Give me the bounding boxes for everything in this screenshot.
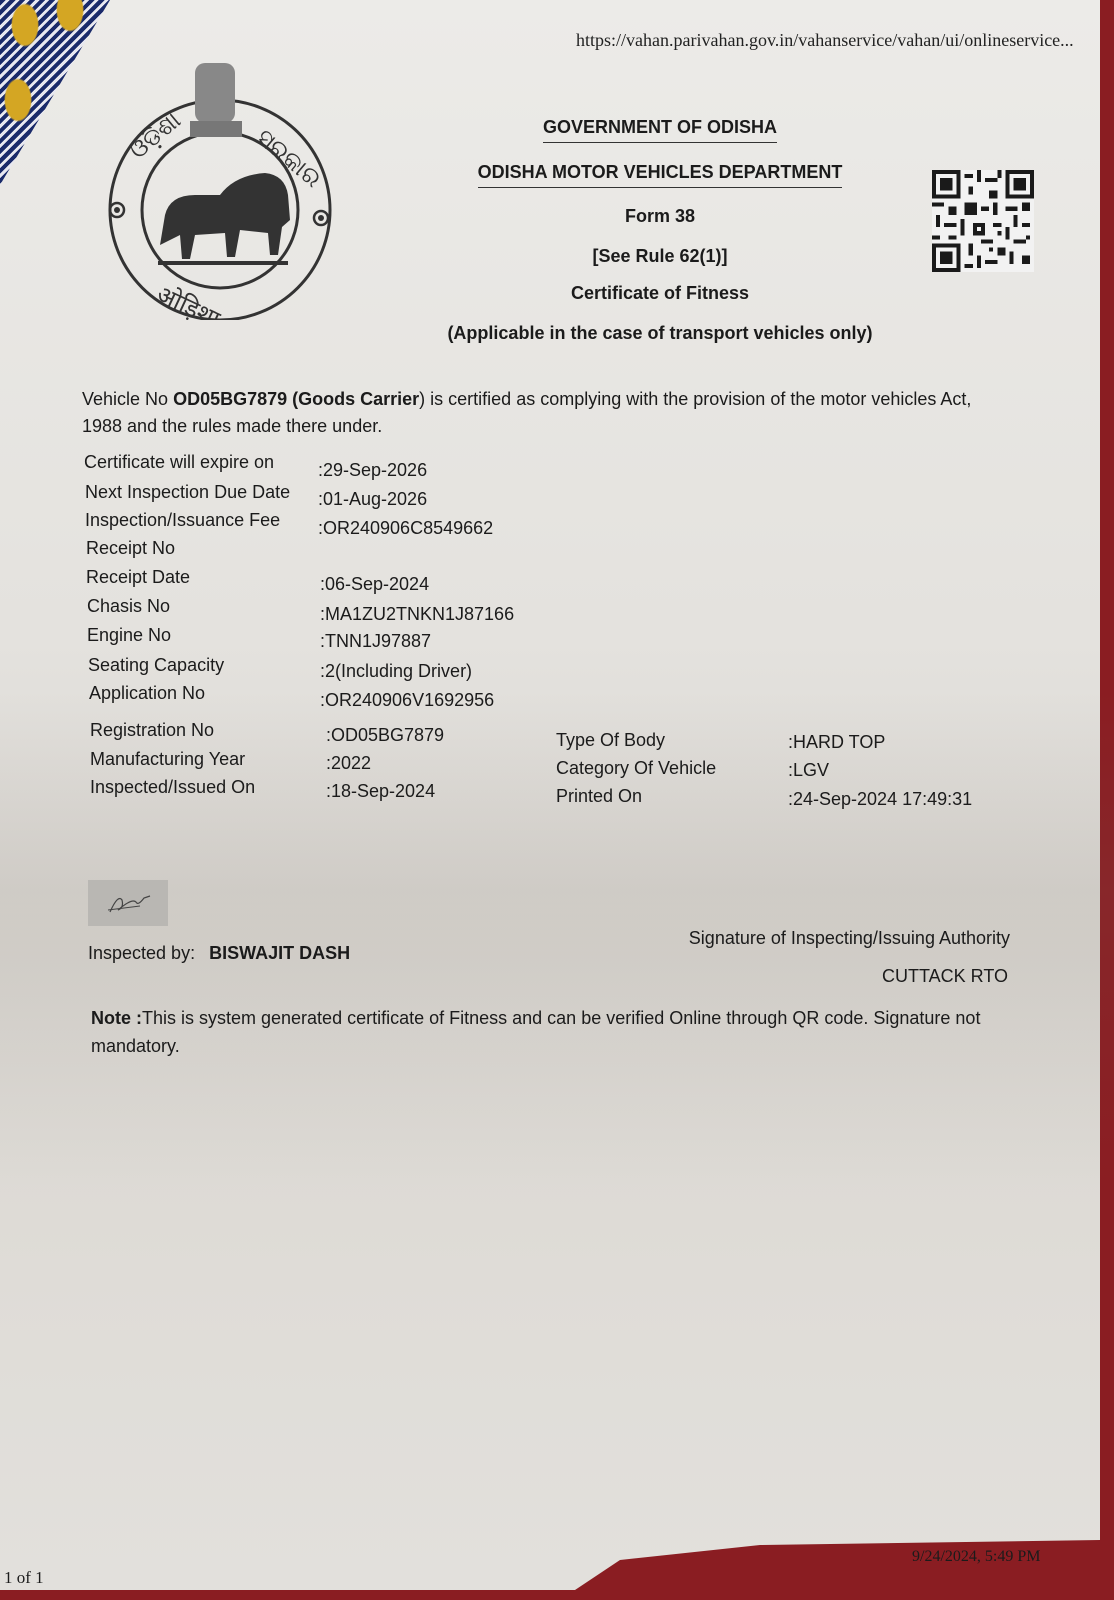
inspector-signature-image <box>88 880 168 926</box>
detail-value: :01-Aug-2026 <box>318 489 427 510</box>
detail-label: Type Of Body <box>556 730 665 751</box>
inspector-name: BISWAJIT DASH <box>209 943 350 963</box>
svg-text:ଓଡ଼ିଶା: ଓଡ଼ିଶା <box>124 106 186 165</box>
print-timestamp: 9/24/2024, 5:49 PM <box>912 1548 1040 1566</box>
form-number: Form 38 <box>410 206 910 227</box>
vehicle-type: (Goods Carrier <box>287 389 419 409</box>
detail-label: Next Inspection Due Date <box>85 482 290 503</box>
detail-label: Category Of Vehicle <box>556 758 716 779</box>
detail-label: Engine No <box>87 625 171 646</box>
detail-value: :HARD TOP <box>788 732 885 753</box>
detail-label: Receipt Date <box>86 567 190 588</box>
detail-value: :18-Sep-2024 <box>326 781 435 802</box>
detail-value: :TNN1J97887 <box>320 631 431 652</box>
issuing-office: CUTTACK RTO <box>882 966 1008 987</box>
detail-value: :LGV <box>788 760 829 781</box>
detail-label: Registration No <box>90 720 214 741</box>
detail-value: :OR240906C8549662 <box>318 518 493 539</box>
authority-signature-label: Signature of Inspecting/Issuing Authorit… <box>689 928 1010 949</box>
vehicle-number: OD05BG7879 <box>173 389 287 409</box>
certificate-title: Certificate of Fitness <box>410 283 910 304</box>
detail-label: Manufacturing Year <box>90 749 245 770</box>
department-heading: ODISHA MOTOR VEHICLES DEPARTMENT <box>410 162 910 188</box>
detail-value: :OD05BG7879 <box>326 725 444 746</box>
detail-label: Printed On <box>556 786 642 807</box>
certification-statement: Vehicle No OD05BG7879 (Goods Carrier) is… <box>82 386 1012 440</box>
detail-label: Seating Capacity <box>88 655 224 676</box>
page-url: https://vahan.parivahan.gov.in/vahanserv… <box>576 30 1074 51</box>
inspected-by: Inspected by:BISWAJIT DASH <box>88 943 350 964</box>
applicability-note: (Applicable in the case of transport veh… <box>400 323 920 344</box>
signature-scribble-icon <box>88 880 168 926</box>
page-number: 1 of 1 <box>4 1568 44 1588</box>
detail-value: :29-Sep-2026 <box>318 460 427 481</box>
system-note: Note :This is system generated certifica… <box>91 1004 1011 1060</box>
detail-value: :MA1ZU2TNKN1J87166 <box>320 604 514 625</box>
detail-value: :06-Sep-2024 <box>320 574 429 595</box>
detail-label: Certificate will expire on <box>84 452 274 473</box>
qr-code-icon[interactable] <box>932 170 1034 272</box>
rule-reference: [See Rule 62(1)] <box>410 246 910 267</box>
detail-value: :2(Including Driver) <box>320 661 472 682</box>
detail-label: Inspected/Issued On <box>90 777 255 798</box>
detail-value: :24-Sep-2024 17:49:31 <box>788 789 972 810</box>
odisha-state-emblem-icon: ଓଡ଼ିଶା ସରକାର ओड़िशा शासन <box>100 55 345 320</box>
government-heading: GOVERNMENT OF ODISHA <box>410 117 910 143</box>
detail-label: Inspection/Issuance Fee <box>85 510 280 531</box>
detail-label: Receipt No <box>86 538 175 559</box>
detail-value: :2022 <box>326 753 371 774</box>
detail-label: Application No <box>89 683 205 704</box>
detail-value: :OR240906V1692956 <box>320 690 494 711</box>
detail-label: Chasis No <box>87 596 170 617</box>
